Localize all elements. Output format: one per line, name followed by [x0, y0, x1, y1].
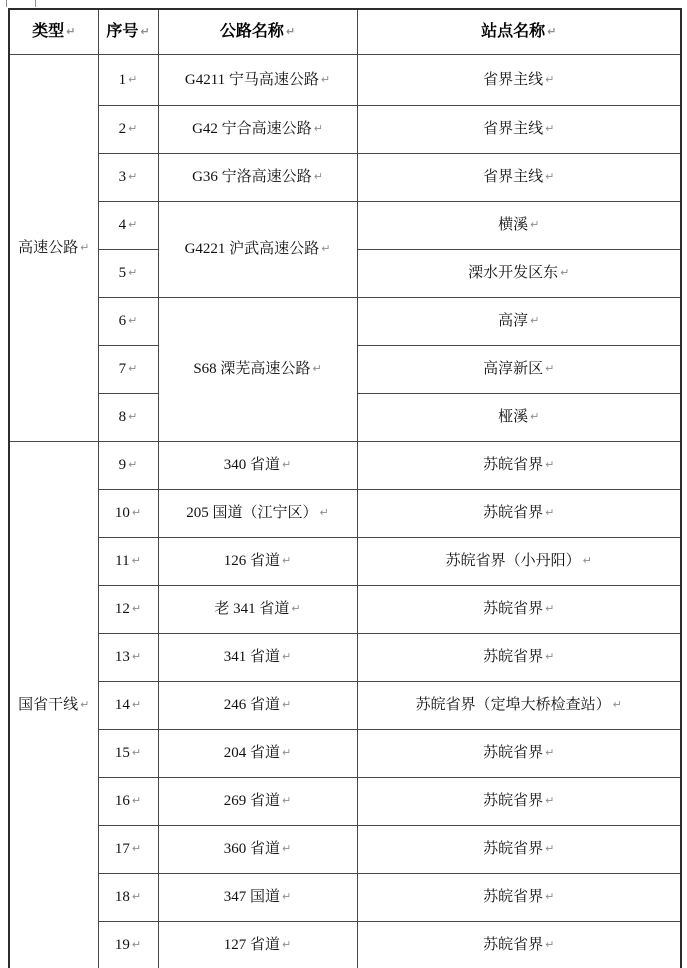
cell-no: 14↵ [98, 682, 158, 730]
type-group-cell-expressway: 高速公路↵ [9, 55, 98, 442]
station-name: 苏皖省界 [483, 889, 543, 905]
paragraph-mark-icon: ↵ [547, 25, 556, 38]
type-group-cell-provincial: 国省干线↵ [9, 442, 98, 968]
station-name: 桠溪 [498, 409, 528, 425]
station-name: 高淳新区 [483, 361, 543, 377]
table-row: 13↵ 341 省道↵ 苏皖省界↵ [9, 634, 681, 682]
cell-road: 204 省道↵ [158, 730, 357, 778]
paragraph-mark-icon: ↵ [320, 506, 329, 519]
cell-station: 高淳↵ [357, 298, 681, 346]
cell-station: 苏皖省界↵ [357, 778, 681, 826]
row-number: 16 [115, 793, 130, 809]
row-number: 13 [115, 649, 130, 665]
paragraph-mark-icon: ↵ [282, 794, 291, 807]
paragraph-mark-icon: ↵ [66, 25, 75, 38]
row-number: 9 [119, 457, 127, 473]
cell-station: 横溪↵ [357, 202, 681, 250]
cell-station: 省界主线↵ [357, 154, 681, 202]
document-page: 类型↵ 序号↵ 公路名称↵ 站点名称↵ 高速公路↵ 1↵ G4211 宁马高速公… [0, 0, 687, 968]
cell-station: 苏皖省界↵ [357, 634, 681, 682]
cell-road: G36 宁洛高速公路↵ [158, 154, 357, 202]
paragraph-mark-icon: ↵ [128, 410, 137, 423]
cell-no: 2↵ [98, 106, 158, 154]
cell-station: 苏皖省界↵ [357, 874, 681, 922]
station-name: 省界主线 [483, 169, 543, 185]
row-number: 15 [115, 745, 130, 761]
cell-station: 苏皖省界↵ [357, 442, 681, 490]
paragraph-mark-icon: ↵ [312, 362, 321, 375]
paragraph-mark-icon: ↵ [545, 890, 554, 903]
cell-road: 340 省道↵ [158, 442, 357, 490]
row-number: 14 [115, 697, 130, 713]
cell-station: 省界主线↵ [357, 55, 681, 106]
cell-no: 19↵ [98, 922, 158, 968]
row-number: 11 [115, 553, 129, 569]
cell-no: 17↵ [98, 826, 158, 874]
paragraph-mark-icon: ↵ [282, 938, 291, 951]
header-cell-type: 类型↵ [9, 9, 98, 55]
paragraph-mark-icon: ↵ [321, 242, 330, 255]
cell-station: 溧水开发区东↵ [357, 250, 681, 298]
cropped-element-artifact [6, 0, 36, 7]
cell-road: 127 省道↵ [158, 922, 357, 968]
type-group-label: 国省干线 [18, 697, 78, 713]
row-number: 12 [115, 601, 130, 617]
row-number: 8 [119, 409, 127, 425]
road-name: 360 省道 [224, 841, 280, 857]
cell-no: 4↵ [98, 202, 158, 250]
road-name: G4211 宁马高速公路 [185, 72, 319, 88]
paragraph-mark-icon: ↵ [132, 938, 141, 951]
table-row: 高速公路↵ 1↵ G4211 宁马高速公路↵ 省界主线↵ [9, 55, 681, 106]
paragraph-mark-icon: ↵ [132, 698, 141, 711]
table-row: 11↵ 126 省道↵ 苏皖省界（小丹阳）↵ [9, 538, 681, 586]
cell-no: 3↵ [98, 154, 158, 202]
table-row: 3↵ G36 宁洛高速公路↵ 省界主线↵ [9, 154, 681, 202]
paragraph-mark-icon: ↵ [282, 746, 291, 759]
cell-no: 8↵ [98, 394, 158, 442]
paragraph-mark-icon: ↵ [314, 122, 323, 135]
road-name: 341 省道 [224, 649, 280, 665]
row-number: 1 [119, 72, 127, 88]
road-name: 340 省道 [224, 457, 280, 473]
cell-no: 16↵ [98, 778, 158, 826]
header-cell-index: 序号↵ [98, 9, 158, 55]
paragraph-mark-icon: ↵ [128, 73, 137, 86]
paragraph-mark-icon: ↵ [132, 794, 141, 807]
cell-road: G42 宁合高速公路↵ [158, 106, 357, 154]
paragraph-mark-icon: ↵ [613, 698, 622, 711]
cell-station: 苏皖省界↵ [357, 730, 681, 778]
paragraph-mark-icon: ↵ [128, 458, 137, 471]
paragraph-mark-icon: ↵ [132, 506, 141, 519]
cell-road: 205 国道（江宁区）↵ [158, 490, 357, 538]
road-station-table: 类型↵ 序号↵ 公路名称↵ 站点名称↵ 高速公路↵ 1↵ G4211 宁马高速公… [8, 8, 682, 968]
cell-station: 苏皖省界↵ [357, 586, 681, 634]
road-name: 204 省道 [224, 745, 280, 761]
paragraph-mark-icon: ↵ [583, 554, 592, 567]
cell-no: 9↵ [98, 442, 158, 490]
table-row: 16↵ 269 省道↵ 苏皖省界↵ [9, 778, 681, 826]
paragraph-mark-icon: ↵ [545, 602, 554, 615]
paragraph-mark-icon: ↵ [545, 506, 554, 519]
table-row: 14↵ 246 省道↵ 苏皖省界（定埠大桥检查站）↵ [9, 682, 681, 730]
road-name: 269 省道 [224, 793, 280, 809]
cell-road: G4211 宁马高速公路↵ [158, 55, 357, 106]
paragraph-mark-icon: ↵ [80, 698, 89, 711]
type-group-label: 高速公路 [18, 240, 78, 256]
station-name: 横溪 [498, 217, 528, 233]
cell-no: 13↵ [98, 634, 158, 682]
cell-no: 6↵ [98, 298, 158, 346]
station-name: 省界主线 [483, 121, 543, 137]
paragraph-mark-icon: ↵ [545, 746, 554, 759]
table-row: 18↵ 347 国道↵ 苏皖省界↵ [9, 874, 681, 922]
paragraph-mark-icon: ↵ [128, 314, 137, 327]
table-row: 12↵ 老 341 省道↵ 苏皖省界↵ [9, 586, 681, 634]
station-name: 苏皖省界 [483, 937, 543, 953]
paragraph-mark-icon: ↵ [545, 938, 554, 951]
paragraph-mark-icon: ↵ [545, 650, 554, 663]
header-row: 类型↵ 序号↵ 公路名称↵ 站点名称↵ [9, 9, 681, 55]
paragraph-mark-icon: ↵ [128, 362, 137, 375]
cell-station: 桠溪↵ [357, 394, 681, 442]
paragraph-mark-icon: ↵ [140, 25, 149, 38]
cell-road: 360 省道↵ [158, 826, 357, 874]
row-number: 19 [115, 937, 130, 953]
paragraph-mark-icon: ↵ [282, 842, 291, 855]
cell-road: 126 省道↵ [158, 538, 357, 586]
paragraph-mark-icon: ↵ [282, 650, 291, 663]
road-name: 126 省道 [224, 553, 280, 569]
paragraph-mark-icon: ↵ [530, 314, 539, 327]
paragraph-mark-icon: ↵ [80, 241, 89, 254]
station-name: 苏皖省界 [483, 601, 543, 617]
cell-road-merged: S68 溧芜高速公路↵ [158, 298, 357, 442]
cell-road: 347 国道↵ [158, 874, 357, 922]
cell-no: 12↵ [98, 586, 158, 634]
table-row: 4↵ G4221 沪武高速公路↵ 横溪↵ [9, 202, 681, 250]
paragraph-mark-icon: ↵ [282, 458, 291, 471]
road-name: 127 省道 [224, 937, 280, 953]
row-number: 7 [119, 361, 127, 377]
paragraph-mark-icon: ↵ [545, 842, 554, 855]
paragraph-mark-icon: ↵ [128, 266, 137, 279]
cell-road: 老 341 省道↵ [158, 586, 357, 634]
paragraph-mark-icon: ↵ [530, 218, 539, 231]
paragraph-mark-icon: ↵ [132, 842, 141, 855]
station-name: 苏皖省界（小丹阳） [446, 553, 581, 569]
paragraph-mark-icon: ↵ [282, 698, 291, 711]
cell-no: 15↵ [98, 730, 158, 778]
station-name: 苏皖省界 [483, 457, 543, 473]
road-name: 205 国道（江宁区） [186, 505, 317, 521]
station-name: 高淳 [498, 313, 528, 329]
paragraph-mark-icon: ↵ [128, 170, 137, 183]
paragraph-mark-icon: ↵ [545, 122, 554, 135]
road-name: 347 国道 [224, 889, 280, 905]
cell-no: 10↵ [98, 490, 158, 538]
cell-no: 7↵ [98, 346, 158, 394]
table-row: 17↵ 360 省道↵ 苏皖省界↵ [9, 826, 681, 874]
paragraph-mark-icon: ↵ [132, 554, 141, 567]
paragraph-mark-icon: ↵ [545, 458, 554, 471]
paragraph-mark-icon: ↵ [282, 890, 291, 903]
table-row: 6↵ S68 溧芜高速公路↵ 高淳↵ [9, 298, 681, 346]
row-number: 5 [119, 265, 127, 281]
cell-station: 省界主线↵ [357, 106, 681, 154]
row-number: 18 [115, 889, 130, 905]
cell-no: 1↵ [98, 55, 158, 106]
cell-no: 11↵ [98, 538, 158, 586]
row-number: 3 [119, 169, 127, 185]
row-number: 2 [119, 121, 127, 137]
station-name: 省界主线 [483, 72, 543, 88]
station-name: 苏皖省界 [483, 841, 543, 857]
cell-station: 苏皖省界（定埠大桥检查站）↵ [357, 682, 681, 730]
row-number: 10 [115, 505, 130, 521]
paragraph-mark-icon: ↵ [314, 170, 323, 183]
row-number: 4 [119, 217, 127, 233]
cell-road: 246 省道↵ [158, 682, 357, 730]
header-label-station: 站点名称 [481, 23, 545, 40]
station-name: 苏皖省界 [483, 505, 543, 521]
cell-station: 苏皖省界↵ [357, 922, 681, 968]
road-name: 246 省道 [224, 697, 280, 713]
cell-station: 苏皖省界↵ [357, 490, 681, 538]
table-row: 19↵ 127 省道↵ 苏皖省界↵ [9, 922, 681, 968]
cell-road-merged: G4221 沪武高速公路↵ [158, 202, 357, 298]
table-row: 10↵ 205 国道（江宁区）↵ 苏皖省界↵ [9, 490, 681, 538]
header-label-index: 序号 [106, 23, 138, 40]
paragraph-mark-icon: ↵ [321, 73, 330, 86]
station-name: 苏皖省界（定埠大桥检查站） [416, 697, 611, 713]
paragraph-mark-icon: ↵ [545, 794, 554, 807]
cell-road: 341 省道↵ [158, 634, 357, 682]
paragraph-mark-icon: ↵ [291, 602, 300, 615]
paragraph-mark-icon: ↵ [545, 170, 554, 183]
paragraph-mark-icon: ↵ [128, 218, 137, 231]
paragraph-mark-icon: ↵ [132, 602, 141, 615]
cell-no: 18↵ [98, 874, 158, 922]
paragraph-mark-icon: ↵ [560, 266, 569, 279]
paragraph-mark-icon: ↵ [132, 746, 141, 759]
station-name: 苏皖省界 [483, 649, 543, 665]
row-number: 6 [119, 313, 127, 329]
header-label-road: 公路名称 [220, 23, 284, 40]
cell-station: 苏皖省界↵ [357, 826, 681, 874]
paragraph-mark-icon: ↵ [530, 410, 539, 423]
road-name: G42 宁合高速公路 [192, 121, 312, 137]
cell-road: 269 省道↵ [158, 778, 357, 826]
paragraph-mark-icon: ↵ [128, 122, 137, 135]
station-name: 溧水开发区东 [468, 265, 558, 281]
station-name: 苏皖省界 [483, 745, 543, 761]
table-row: 15↵ 204 省道↵ 苏皖省界↵ [9, 730, 681, 778]
road-name: G4221 沪武高速公路 [185, 241, 320, 257]
table-row: 国省干线↵ 9↵ 340 省道↵ 苏皖省界↵ [9, 442, 681, 490]
table-row: 2↵ G42 宁合高速公路↵ 省界主线↵ [9, 106, 681, 154]
row-number: 17 [115, 841, 130, 857]
cell-no: 5↵ [98, 250, 158, 298]
paragraph-mark-icon: ↵ [282, 554, 291, 567]
cell-station: 高淳新区↵ [357, 346, 681, 394]
road-name: 老 341 省道 [214, 601, 289, 617]
header-cell-station: 站点名称↵ [357, 9, 681, 55]
station-name: 苏皖省界 [483, 793, 543, 809]
cell-station: 苏皖省界（小丹阳）↵ [357, 538, 681, 586]
paragraph-mark-icon: ↵ [286, 25, 295, 38]
paragraph-mark-icon: ↵ [545, 73, 554, 86]
road-name: G36 宁洛高速公路 [192, 169, 312, 185]
paragraph-mark-icon: ↵ [545, 362, 554, 375]
header-label-type: 类型 [32, 23, 64, 40]
paragraph-mark-icon: ↵ [132, 650, 141, 663]
header-cell-road: 公路名称↵ [158, 9, 357, 55]
paragraph-mark-icon: ↵ [132, 890, 141, 903]
road-name: S68 溧芜高速公路 [193, 361, 310, 377]
